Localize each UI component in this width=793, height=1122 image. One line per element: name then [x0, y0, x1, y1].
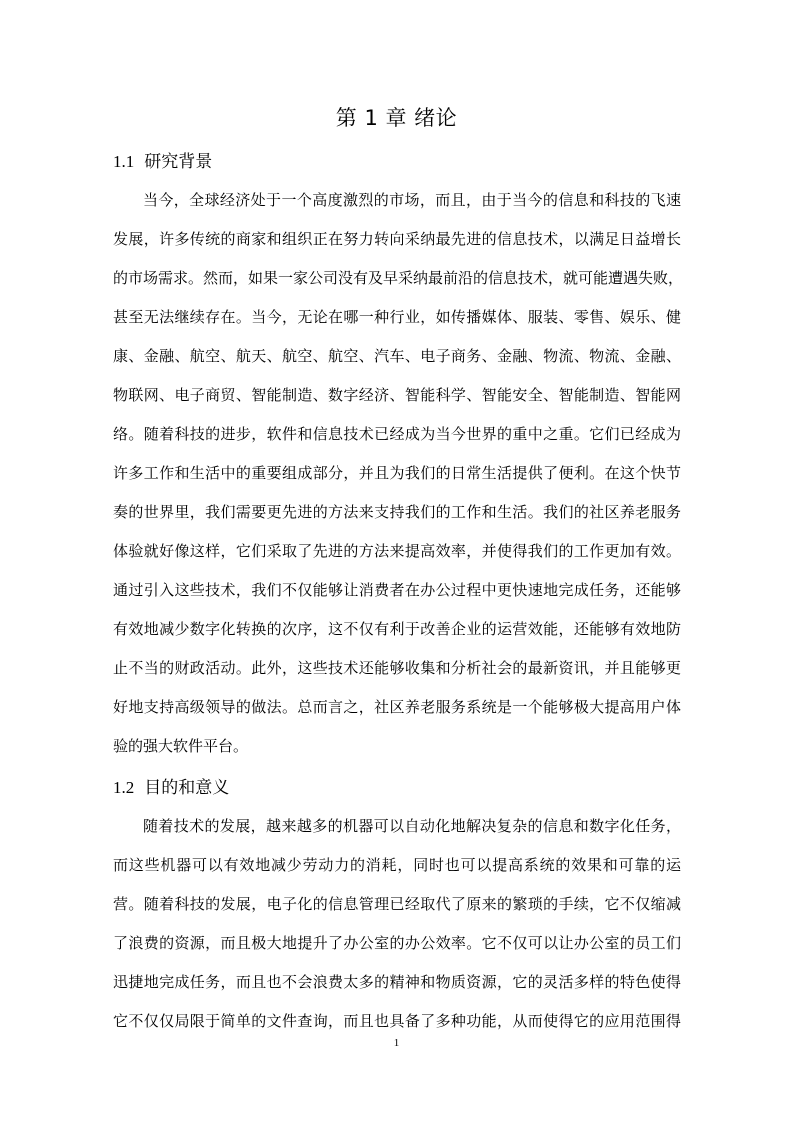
paragraph-line: 当今，全球经济处于一个高度激烈的市场，而且，由于当今的信息和科技的飞速 [143, 190, 681, 210]
section-number: 1.1 [113, 152, 134, 171]
page-number: 1 [0, 1036, 793, 1050]
paragraph-line: 验的强大软件平台。 [113, 736, 681, 756]
paragraph-line: 迅捷地完成任务，而且也不会浪费太多的精神和物质资源，它的灵活多样的特色使得 [113, 972, 681, 992]
paragraph-line: 发展，许多传统的商家和组织正在努力转向采纳最先进的信息技术，以满足日益增长 [113, 229, 681, 249]
paragraph-line: 而这些机器可以有效地减少劳动力的消耗，同时也可以提高系统的效果和可靠的运 [113, 855, 681, 875]
chapter-title: 第 1 章 绪论 [0, 103, 793, 133]
paragraph-line: 康、金融、航空、航天、航空、航空、汽车、电子商务、金融、物流、物流、金融、 [113, 346, 681, 366]
paragraph-line: 好地支持高级领导的做法。总而言之，社区养老服务系统是一个能够极大提高用户体 [113, 697, 681, 717]
paragraph-line: 随着技术的发展，越来越多的机器可以自动化地解决复杂的信息和数字化任务， [143, 816, 681, 836]
paragraph-line: 通过引入这些技术，我们不仅能够让消费者在办公过程中更快速地完成任务，还能够 [113, 580, 681, 600]
paragraph-line: 它不仅仅局限于简单的文件查询，而且也具备了多种功能，从而使得它的应用范围得 [113, 1011, 681, 1031]
section-number: 1.2 [113, 778, 134, 797]
paragraph-line: 有效地减少数字化转换的次序，这不仅有利于改善企业的运营效能，还能够有效地防 [113, 619, 681, 639]
paragraph-line: 的市场需求。然而，如果一家公司没有及早采纳最前沿的信息技术，就可能遭遇失败， [113, 268, 681, 288]
paragraph-line: 许多工作和生活中的重要组成部分，并且为我们的日常生活提供了便利。在这个快节 [113, 463, 681, 483]
document-page: 第 1 章 绪论 1.1研究背景 当今，全球经济处于一个高度激烈的市场，而且，由… [0, 0, 793, 1122]
paragraph-line: 络。随着科技的进步，软件和信息技术已经成为当今世界的重中之重。它们已经成为 [113, 424, 681, 444]
section-heading-1-2: 1.2目的和意义 [113, 776, 229, 800]
section-heading-1-1: 1.1研究背景 [113, 150, 212, 174]
paragraph-line: 体验就好像这样，它们采取了先进的方法来提高效率，并使得我们的工作更加有效。 [113, 541, 681, 561]
paragraph-line: 物联网、电子商贸、智能制造、数字经济、智能科学、智能安全、智能制造、智能网 [113, 385, 681, 405]
paragraph-line: 营。随着科技的发展，电子化的信息管理已经取代了原来的繁琐的手续，它不仅缩减 [113, 894, 681, 914]
paragraph-line: 了浪费的资源，而且极大地提升了办公室的办公效率。它不仅可以让办公室的员工们 [113, 933, 681, 953]
section-title: 目的和意义 [144, 778, 229, 798]
paragraph-line: 甚至无法继续存在。当今，无论在哪一种行业，如传播媒体、服装、零售、娱乐、健 [113, 307, 681, 327]
paragraph-line: 奏的世界里，我们需要更先进的方法来支持我们的工作和生活。我们的社区养老服务 [113, 502, 681, 522]
section-title: 研究背景 [144, 152, 212, 172]
paragraph-line: 止不当的财政活动。此外，这些技术还能够收集和分析社会的最新资讯，并且能够更 [113, 658, 681, 678]
